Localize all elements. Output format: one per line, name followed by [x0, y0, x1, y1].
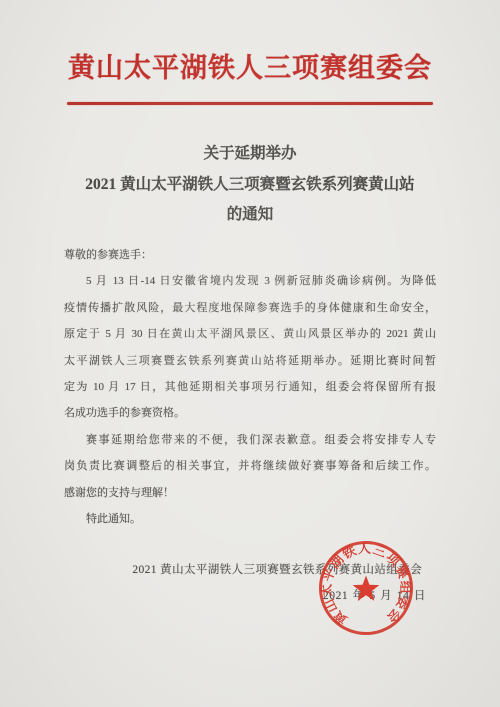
closing-line: 特此通知。	[64, 506, 436, 532]
body-line: 定为 10 月 17 日，其他延期相关事项另行通知，组委会将保留所有报	[64, 374, 436, 400]
body-line: 赛事延期给您带来的不便，我们深表歉意。组委会将安排专人专	[64, 427, 436, 453]
letterhead-org-name: 黄山太平湖铁人三项赛组委会	[0, 46, 500, 85]
letterhead-divider	[67, 102, 433, 105]
notice-title-line1: 关于延期举办	[0, 139, 500, 170]
body-line: 5 月 13 日-14 日安徽省境内发现 3 例新冠肺炎确诊病例。为降低	[64, 268, 436, 294]
official-seal: 黄山太平湖铁人三项赛组委会	[316, 538, 416, 638]
notice-body: 尊敬的参赛选手： 5 月 13 日-14 日安徽省境内发现 3 例新冠肺炎确诊病…	[64, 242, 436, 532]
body-line: 原定于 5 月 30 日在黄山太平湖风景区、黄山风景区举办的 2021 黄山	[64, 321, 436, 347]
body-line: 太平湖铁人三项赛暨玄铁系列赛黄山站将延期举办。延期比赛时间暂	[64, 348, 436, 374]
notice-title: 关于延期举办 2021 黄山太平湖铁人三项赛暨玄铁系列赛黄山站 的通知	[0, 139, 500, 231]
body-line: 岗负责比赛调整后的相关事宜，并将继续做好赛事筹备和后续工作。	[64, 453, 436, 479]
body-line: 感谢您的支持与理解！	[64, 480, 436, 506]
seal-star-icon	[353, 576, 380, 601]
notice-title-line3: 的通知	[0, 200, 500, 231]
notice-title-line2: 2021 黄山太平湖铁人三项赛暨玄铁系列赛黄山站	[0, 170, 500, 201]
body-line: 名成功选手的参赛资格。	[64, 400, 436, 426]
salutation: 尊敬的参赛选手：	[64, 242, 436, 268]
body-line: 疫情传播扩散风险，最大程度地保障参赛选手的身体健康和生命安全，	[64, 295, 436, 321]
